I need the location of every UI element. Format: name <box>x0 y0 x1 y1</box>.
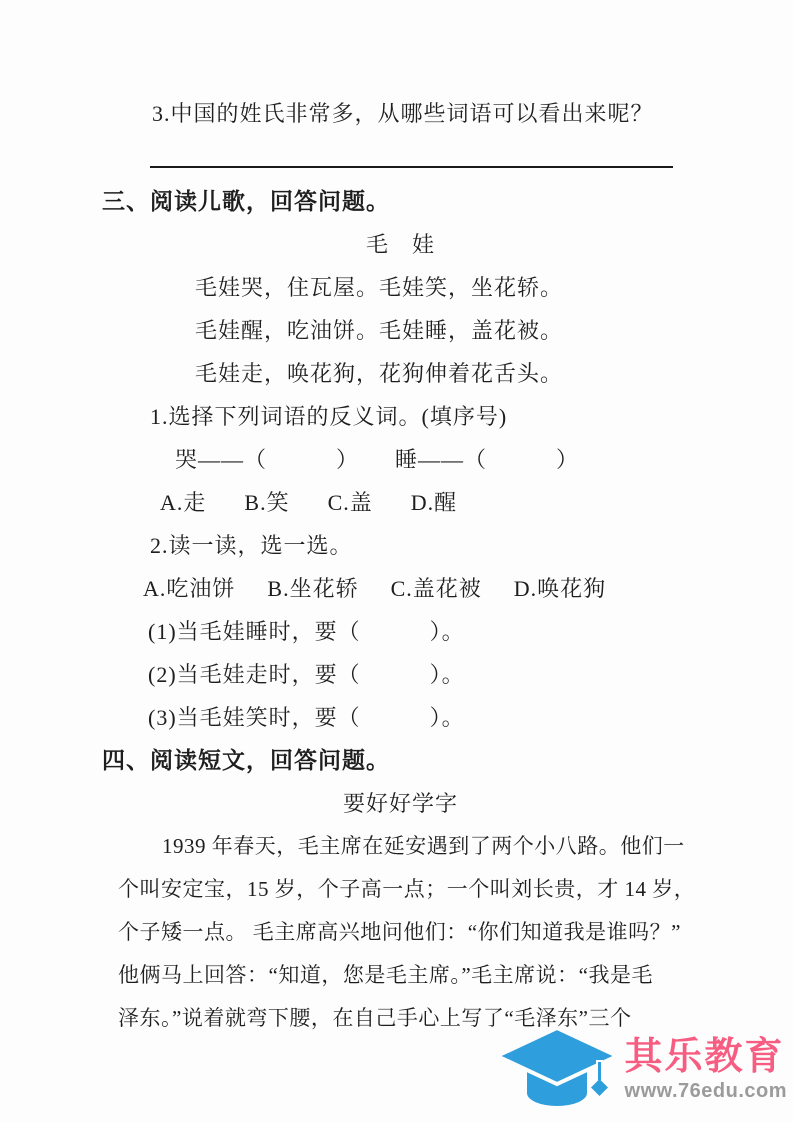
q1-blanks: 哭——（ ） 睡——（ ） <box>118 438 683 481</box>
poem-title: 毛 娃 <box>118 223 683 266</box>
q1-options: A.走 B.笑 C.盖 D.醒 <box>118 481 683 524</box>
poem-line: 毛娃哭，住瓦屋。毛娃笑，坐花轿。 <box>118 266 683 309</box>
brand-name: 其乐教育 <box>625 1037 787 1079</box>
q2-option-a: A.吃油饼 <box>143 567 235 610</box>
q2-options: A.吃油饼 B.坐花轿 C.盖花被 D.唤花狗 <box>118 567 683 610</box>
q1-option-b: B.笑 <box>244 481 289 524</box>
passage-line: 个子矮一点。 毛主席高兴地问他们：“你们知道我是谁吗？” <box>118 911 683 954</box>
q1-option-c: C.盖 <box>328 481 373 524</box>
q1-blank-sleep: 睡——（ ） <box>395 438 579 481</box>
q1-option-a: A.走 <box>160 481 206 524</box>
worksheet-content: 3.中国的姓氏非常多，从哪些词语可以看出来呢？ 三、阅读儿歌，回答问题。 毛 娃… <box>0 0 793 1040</box>
q1-prompt: 1.选择下列词语的反义词。(填序号) <box>118 395 683 438</box>
q2-item: (2)当毛娃走时，要（ ）。 <box>118 653 683 696</box>
brand-url: www.76edu.com <box>625 1080 787 1102</box>
question-3-text: 3.中国的姓氏非常多，从哪些词语可以看出来呢？ <box>118 92 683 135</box>
passage-title: 要好好学字 <box>118 782 683 825</box>
passage: 1939 年春天，毛主席在延安遇到了两个小八路。他们一 个叫安定宝，15 岁，个… <box>118 825 683 1040</box>
section-3-heading: 三、阅读儿歌，回答问题。 <box>102 180 683 223</box>
poem-line: 毛娃醒，吃油饼。毛娃睡，盖花被。 <box>118 309 683 352</box>
worksheet-page: 3.中国的姓氏非常多，从哪些词语可以看出来呢？ 三、阅读儿歌，回答问题。 毛 娃… <box>0 0 793 1122</box>
q2-item: (3)当毛娃笑时，要（ ）。 <box>118 696 683 739</box>
q2-prompt: 2.读一读，选一选。 <box>118 524 683 567</box>
q2-item: (1)当毛娃睡时，要（ ）。 <box>118 610 683 653</box>
passage-line: 个叫安定宝，15 岁，个子高一点；一个叫刘长贵，才 14 岁， <box>118 868 683 911</box>
q2-option-b: B.坐花轿 <box>267 567 358 610</box>
section-4-heading: 四、阅读短文，回答问题。 <box>102 739 683 782</box>
brand-logo: 其乐教育 www.76edu.com <box>493 1025 787 1114</box>
q2-option-d: D.唤花狗 <box>514 567 606 610</box>
q1-option-d: D.醒 <box>411 481 457 524</box>
q1-blank-cry: 哭——（ ） <box>175 438 359 481</box>
q2-option-c: C.盖花被 <box>391 567 482 610</box>
passage-line: 1939 年春天，毛主席在延安遇到了两个小八路。他们一 <box>118 825 683 868</box>
brand-text: 其乐教育 www.76edu.com <box>625 1037 787 1103</box>
answer-line <box>150 166 673 168</box>
passage-line: 他俩马上回答：“知道，您是毛主席。”毛主席说：“我是毛 <box>118 954 683 997</box>
poem-line: 毛娃走，唤花狗，花狗伸着花舌头。 <box>118 352 683 395</box>
graduation-cap-icon <box>493 1025 621 1114</box>
